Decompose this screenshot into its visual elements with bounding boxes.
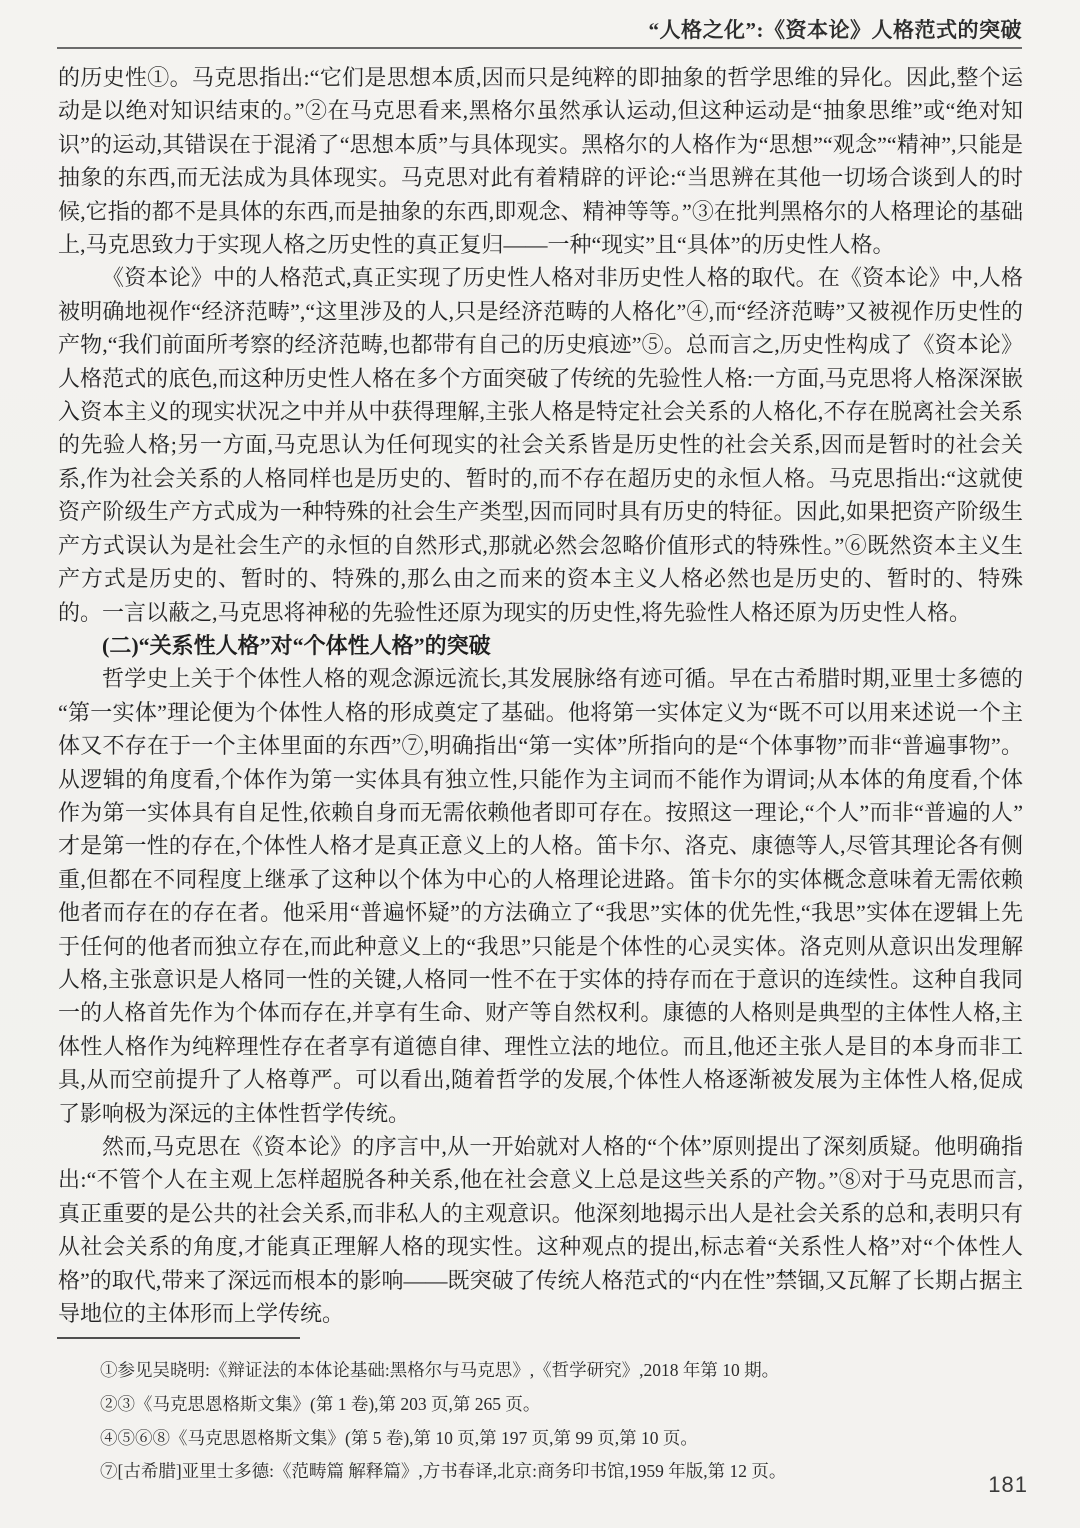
document-page: “人格之化”:《资本论》人格范式的突破 的历史性①。马克思指出:“它们是思想本质… [0,0,1080,1528]
body-paragraph: 的历史性①。马克思指出:“它们是思想本质,因而只是纯粹的即抽象的哲学思维的异化。… [58,61,1023,261]
section-heading: (二)“关系性人格”对“个体性人格”的突破 [58,629,1023,662]
footnote-rule [57,1337,300,1339]
footnote-item: ①参见吴晓明:《辩证法的本体论基础:黑格尔与马克思》,《哲学研究》,2018 年… [100,1354,1022,1388]
running-header-title: “人格之化”:《资本论》人格范式的突破 [57,14,1022,44]
page-number: 181 [988,1472,1028,1498]
footnotes-block: ①参见吴晓明:《辩证法的本体论基础:黑格尔与马克思》,《哲学研究》,2018 年… [100,1354,1022,1489]
footnote-item: ②③《马克思恩格斯文集》(第 1 卷),第 203 页,第 265 页。 [100,1388,1022,1422]
header-rule [57,47,1022,49]
body-paragraph: 哲学史上关于个体性人格的观念源远流长,其发展脉络有迹可循。早在古希腊时期,亚里士… [58,662,1023,1130]
body-paragraph: 《资本论》中的人格范式,真正实现了历史性人格对非历史性人格的取代。在《资本论》中… [58,261,1023,628]
body-paragraph: 然而,马克思在《资本论》的序言中,从一开始就对人格的“个体”原则提出了深刻质疑。… [58,1130,1023,1330]
footnote-item: ⑦[古希腊]亚里士多德:《范畴篇 解释篇》,方书春译,北京:商务印书馆,1959… [100,1455,1022,1489]
footnote-item: ④⑤⑥⑧《马克思恩格斯文集》(第 5 卷),第 10 页,第 197 页,第 9… [100,1422,1022,1456]
article-body: 的历史性①。马克思指出:“它们是思想本质,因而只是纯粹的即抽象的哲学思维的异化。… [58,61,1023,1333]
